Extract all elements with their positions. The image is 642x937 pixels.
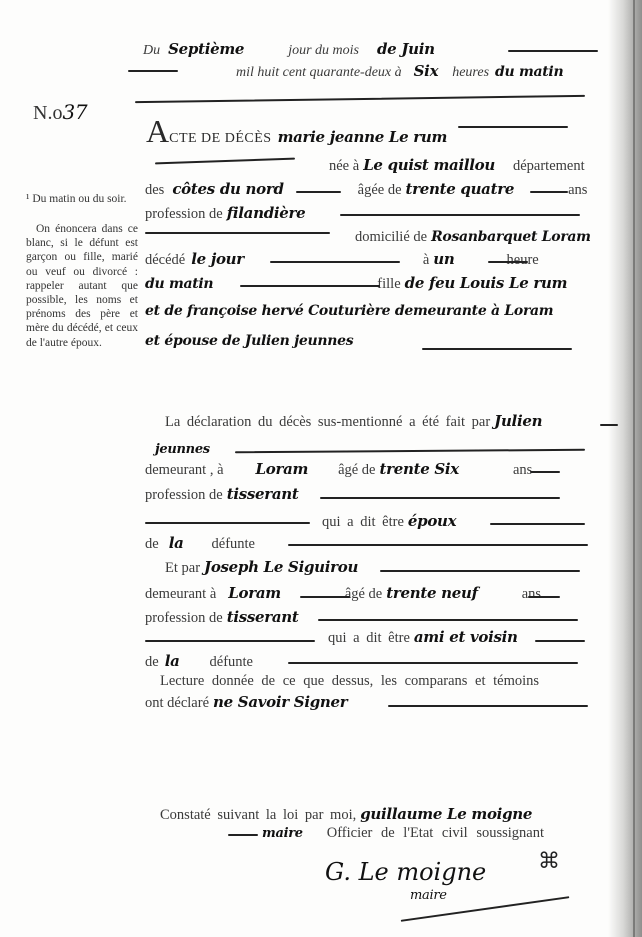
died-hour-handwritten: un <box>433 250 454 268</box>
declarant-name-handwritten-1: Julien <box>494 412 542 430</box>
fill-line <box>235 449 585 453</box>
fill-line <box>488 261 528 263</box>
declarant-profession-line: profession de tisserant <box>145 485 299 504</box>
declarant-residence-line: demeurant , à Loram âgé de trente Six an… <box>145 460 532 479</box>
profession-label: profession de <box>145 206 223 222</box>
declarant-age-label: âgé de <box>338 462 375 478</box>
declarant-relation-line: qui a dit être époux <box>322 512 456 531</box>
department-prefix: des <box>145 182 164 198</box>
declarant-age-unit: ans <box>513 462 532 478</box>
fill-line <box>270 261 400 263</box>
filiation-line-2: et de françoise hervé Couturière demeura… <box>145 302 553 320</box>
witness-name-handwritten: Joseph Le Siguirou <box>204 558 358 576</box>
witness-defunt-label: défunte <box>210 654 253 670</box>
fill-line <box>380 570 580 572</box>
age-unit: ans <box>568 182 587 198</box>
declarant-of-label: de <box>145 536 159 552</box>
document-title: ACTE DE DÉCÈS marie jeanne Le rum <box>146 113 447 150</box>
filiation-label: fille <box>377 276 400 292</box>
died-time-handwritten: du matin <box>145 276 213 292</box>
witness-age-unit: ans <box>522 586 541 602</box>
declarant-relation-label: qui a dit être <box>322 514 404 530</box>
fill-line <box>458 126 568 128</box>
witness-of-handwritten: la <box>165 652 180 670</box>
fill-line <box>300 596 350 598</box>
fill-line <box>535 640 585 642</box>
header-du: Du <box>143 43 160 58</box>
died-day-handwritten: le jour <box>191 250 244 268</box>
reading-line-1: Lecture donnée de ce que dessus, les com… <box>160 672 539 690</box>
certification-line-1: Constaté suivant la loi par moi, guillau… <box>160 805 532 824</box>
page-edge-shadow <box>608 0 642 937</box>
fill-line <box>240 285 380 287</box>
witness-residence-label: demeurant à <box>145 586 216 602</box>
witness-relation-label: qui a dit être <box>328 630 410 646</box>
witness-age-label: âgé de <box>345 586 382 602</box>
signature-subtitle: maire <box>410 888 447 903</box>
witness-relation-handwritten: ami et voisin <box>414 628 518 646</box>
fill-line <box>145 232 330 234</box>
domicile-line: domicilié de Rosanbarquet Loram <box>355 228 591 246</box>
witness-residence-line: demeurant à Loram âgé de trente neuf ans <box>145 584 541 603</box>
header-line-2: mil huit cent quarante-deux à Six heures… <box>236 62 563 81</box>
fill-line <box>296 191 341 193</box>
filiation-line-3: et épouse de Julien jeunnes <box>145 332 353 350</box>
died-at-label: à <box>423 252 429 268</box>
age-label: âgée de <box>358 182 402 198</box>
time-of-day-handwritten: du matin <box>495 64 563 80</box>
fill-line <box>135 95 585 103</box>
declarant-profession-handwritten: tisserant <box>227 485 299 503</box>
declarant-age-handwritten: trente Six <box>380 460 459 478</box>
day-handwritten: Septième <box>168 40 244 58</box>
deceased-profession-handwritten: filandière <box>227 204 306 222</box>
officer-name-handwritten: guillaume Le moigne <box>360 805 532 823</box>
fill-line <box>530 471 560 473</box>
declarant-of-handwritten: la <box>169 534 184 552</box>
department-label: département <box>513 158 585 174</box>
declarant-of-line: de la défunte <box>145 534 255 553</box>
fill-line <box>145 522 310 524</box>
deceased-name-handwritten: marie jeanne Le rum <box>278 128 448 146</box>
declarant-profession-label: profession de <box>145 487 223 503</box>
filiation-handwritten-3: et épouse de Julien jeunnes <box>145 333 353 349</box>
certification-officer-text: Officier de l'Etat civil soussignant <box>327 825 544 841</box>
title-text: CTE DE DÉCÈS <box>169 131 271 146</box>
declarant-residence-handwritten: Loram <box>256 460 309 478</box>
department-age-line: des côtes du nord âgée de trente quatre … <box>145 180 587 199</box>
hour-handwritten: Six <box>414 62 439 80</box>
record-number-label: N.o <box>33 102 62 124</box>
born-label: née à <box>329 158 359 174</box>
witness-residence-handwritten: Loram <box>228 584 281 602</box>
fill-line <box>340 214 580 216</box>
deceased-age-handwritten: trente quatre <box>406 180 515 198</box>
month-handwritten: de Juin <box>377 40 435 58</box>
margin-note-1: ¹ Du matin ou du soir. <box>26 192 138 206</box>
fill-line <box>288 544 588 546</box>
fill-line <box>155 158 295 164</box>
declarant-relation-handwritten: époux <box>408 512 456 530</box>
page-binding-line <box>633 0 635 937</box>
witness-of-line: de la défunte <box>145 652 253 671</box>
record-number-value: 37 <box>62 100 87 124</box>
declarant-intro-line: La déclaration du décès sus-mentionné a … <box>165 412 542 431</box>
fill-line <box>228 834 258 836</box>
witness-intro-line: Et par Joseph Le Siguirou <box>165 558 358 577</box>
header-line-1: Du Septième jour du mois de Juin <box>143 40 435 59</box>
witness-profession-label: profession de <box>145 610 223 626</box>
header-year: mil huit cent quarante-deux à <box>236 65 402 80</box>
filiation-line-1: du matin fille de feu Louis Le rum <box>145 274 567 293</box>
witness-intro: Et par <box>165 560 200 576</box>
record-number: N.o37 <box>33 100 87 125</box>
fill-line <box>528 596 560 598</box>
signature-paraph-icon: ⌘ <box>538 848 560 874</box>
fill-line <box>128 70 178 72</box>
fill-line <box>388 705 588 707</box>
born-line: née à Le quist maillou département <box>329 156 585 175</box>
fill-line <box>600 424 618 426</box>
declarant-intro: La déclaration du décès sus-mentionné a … <box>165 414 490 430</box>
declarant-name-handwritten-2: jeunnes <box>155 442 210 457</box>
title-initial: A <box>146 113 169 149</box>
header-heures: heures <box>452 65 489 80</box>
profession-line: profession de filandière <box>145 204 305 223</box>
fill-line <box>490 523 585 525</box>
officer-signature: G. Le moigne <box>325 858 486 886</box>
reading-declared-label: ont déclaré <box>145 695 209 711</box>
officer-title-handwritten: maire <box>262 826 303 841</box>
header-jour-du-mois: jour du mois <box>288 43 359 58</box>
signature-text: G. Le moigne <box>325 858 486 886</box>
department-handwritten: côtes du nord <box>172 180 283 198</box>
fill-line <box>530 191 568 193</box>
margin-note-2: On énoncera dans ce blanc, si le défunt … <box>26 222 138 350</box>
witness-profession-handwritten: tisserant <box>227 608 299 626</box>
fill-line <box>288 662 578 664</box>
died-label: décédé <box>145 252 185 268</box>
witness-age-handwritten: trente neuf <box>386 584 477 602</box>
reading-text: Lecture donnée de ce que dessus, les com… <box>160 673 539 689</box>
reading-line-2: ont déclaré ne Savoir Signer <box>145 693 347 712</box>
fill-line <box>320 497 560 499</box>
filiation-handwritten-2: et de françoise hervé Couturière demeura… <box>145 303 553 319</box>
witness-of-label: de <box>145 654 159 670</box>
filiation-handwritten-1: de feu Louis Le rum <box>405 274 568 292</box>
declarant-residence-label: demeurant , à <box>145 462 224 478</box>
declarant-name-line-2: jeunnes <box>155 440 210 458</box>
declarant-defunt-label: défunte <box>212 536 255 552</box>
fill-line <box>145 640 315 642</box>
fill-line <box>318 619 578 621</box>
fill-line <box>508 50 598 52</box>
hour-label: heure <box>507 252 539 268</box>
certification-text: Constaté suivant la loi par moi, <box>160 807 356 823</box>
reading-declared-handwritten: ne Savoir Signer <box>213 693 347 711</box>
born-place-handwritten: Le quist maillou <box>363 156 495 174</box>
domicile-label: domicilié de <box>355 229 427 245</box>
died-line: décédé le jour à un heure <box>145 250 539 269</box>
witness-relation-line: qui a dit être ami et voisin <box>328 628 518 647</box>
witness-profession-line: profession de tisserant <box>145 608 299 627</box>
certification-line-2: maire Officier de l'Etat civil soussigna… <box>262 824 544 842</box>
fill-line <box>422 348 572 350</box>
domicile-handwritten: Rosanbarquet Loram <box>431 229 591 245</box>
